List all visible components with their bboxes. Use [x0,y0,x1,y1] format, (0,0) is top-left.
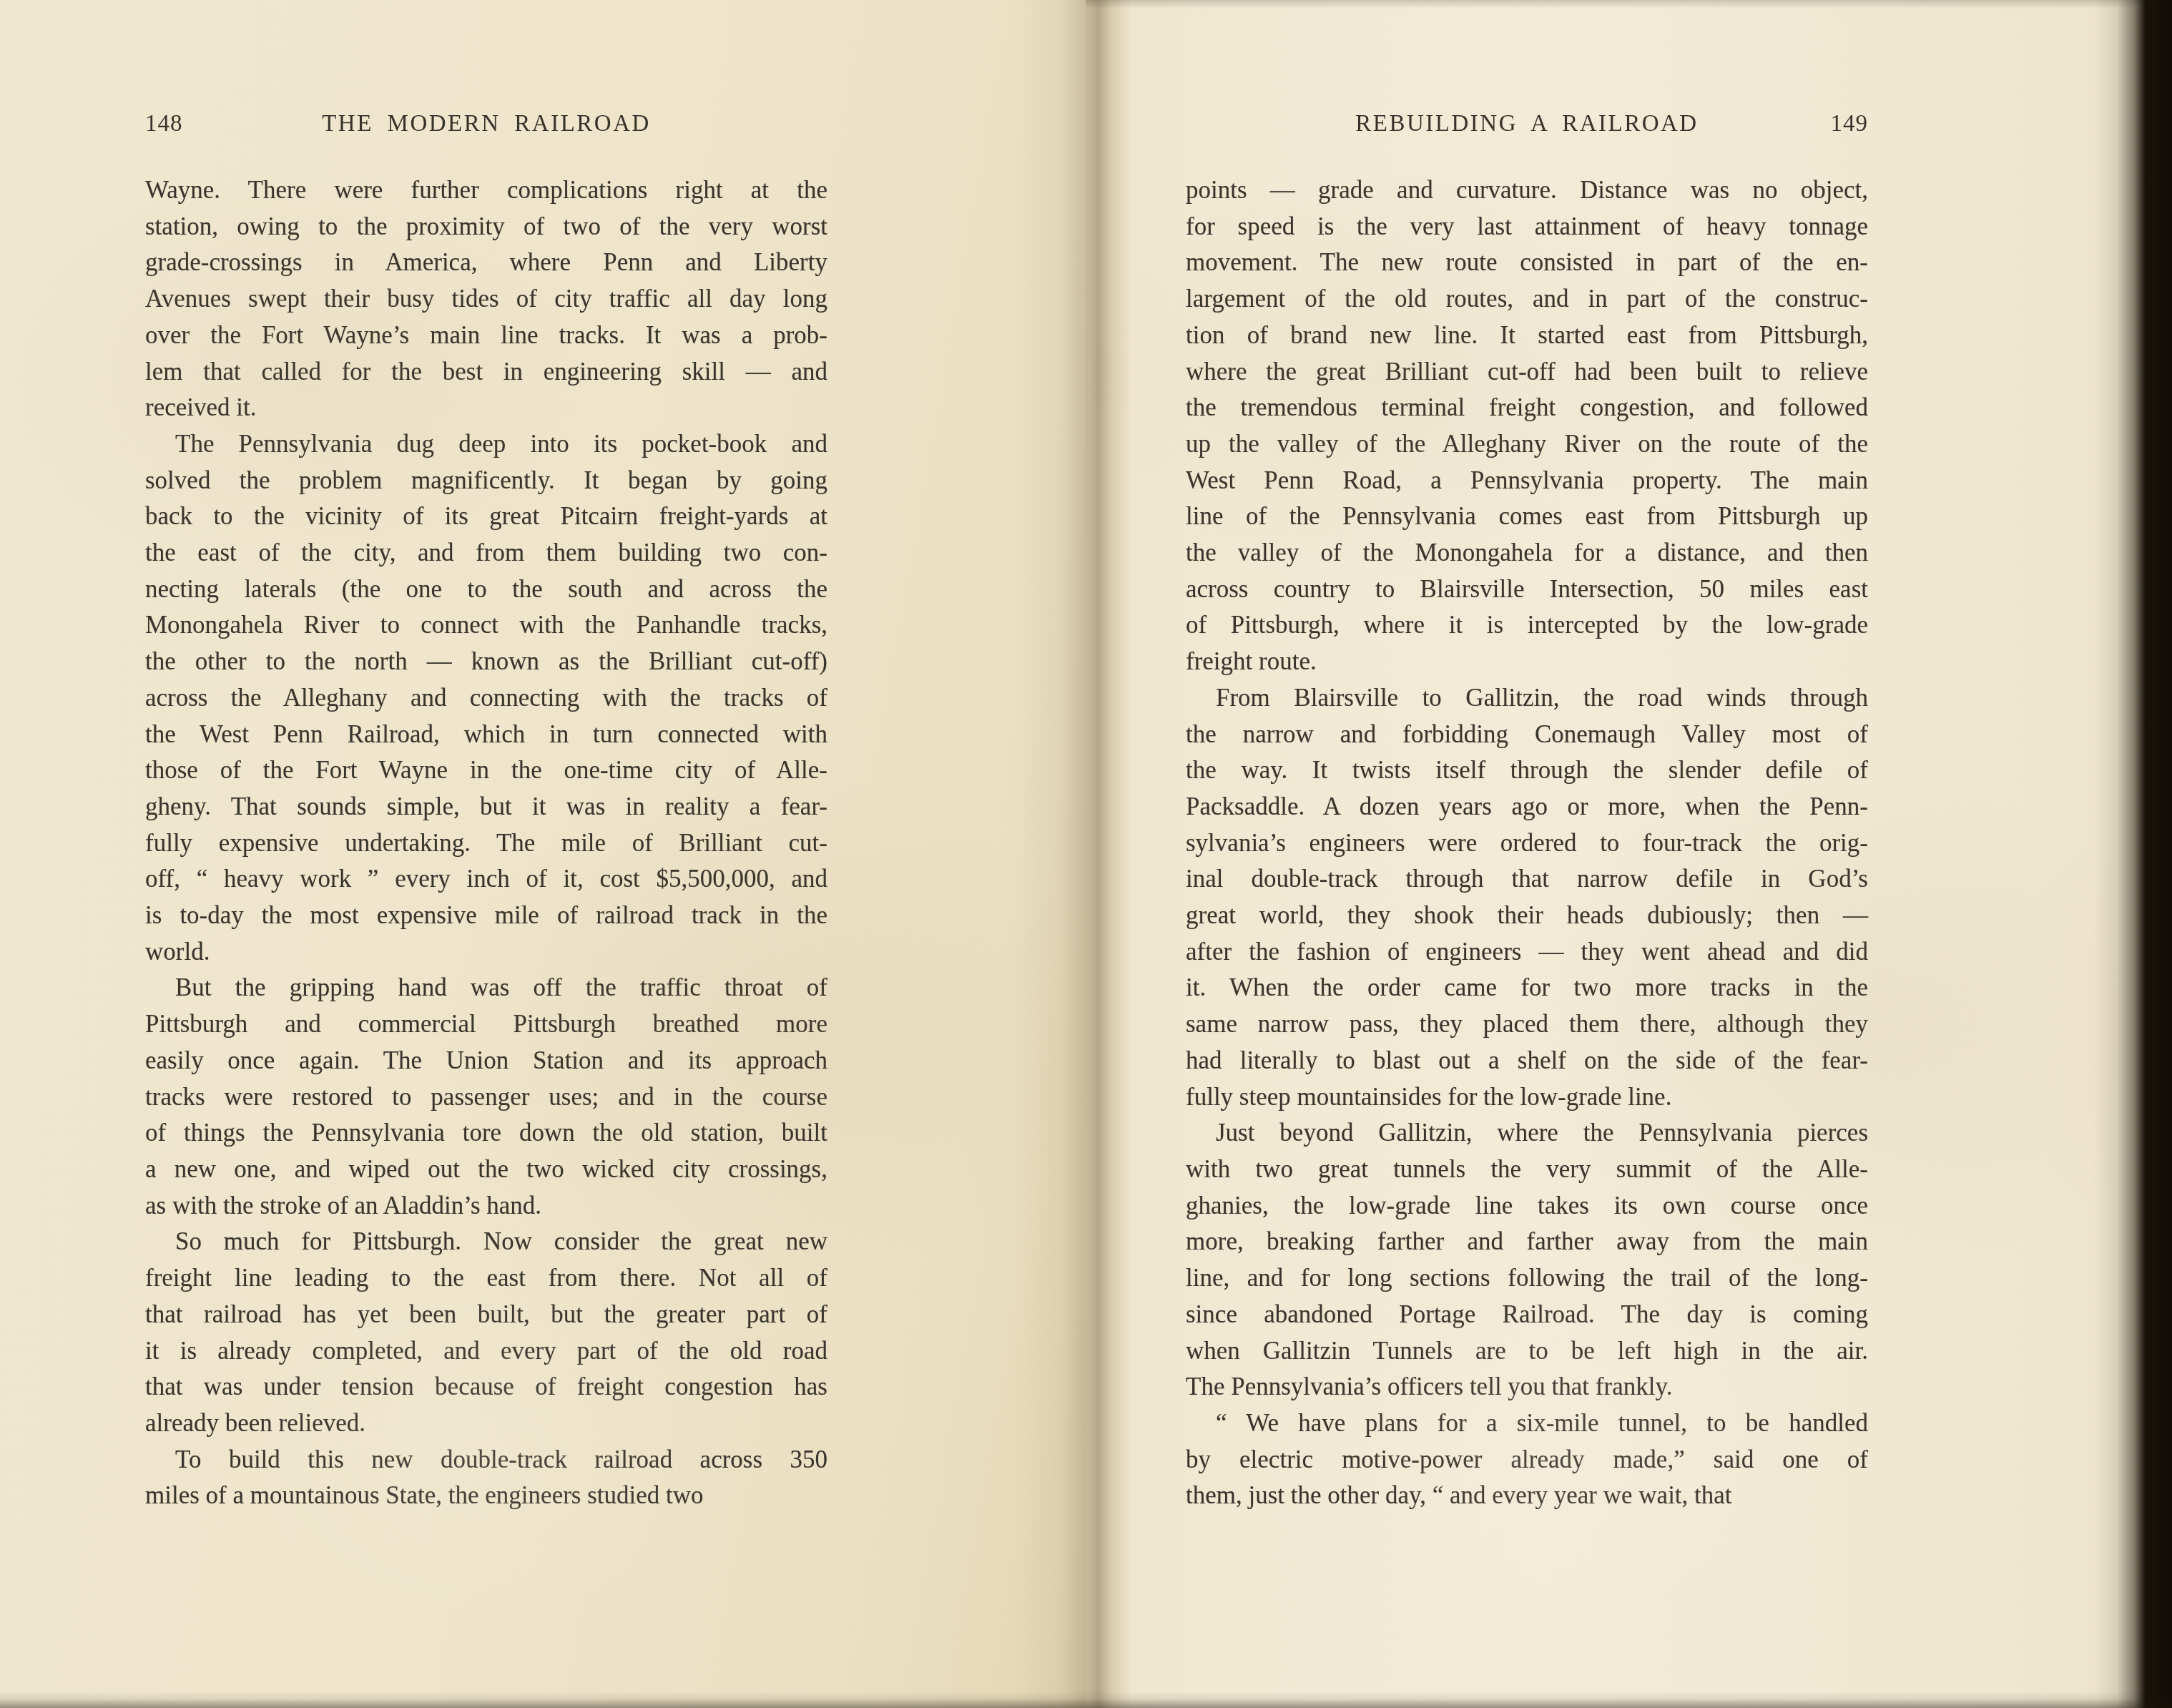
text-line: over the Fort Wayne’s main line tracks. … [145,318,827,354]
text-line: The Pennsylvania dug deep into its pocke… [145,426,827,463]
text-line: world. [145,934,827,971]
text-line: largement of the old routes, and in part… [1186,281,1868,318]
text-line: is to-day the most expensive mile of rai… [145,898,827,934]
text-line: necting laterals (the one to the south a… [145,571,827,608]
paragraph: “ We have plans for a six-mile tunnel, t… [1186,1405,1868,1514]
text-line: across country to Blairsville Intersecti… [1186,571,1868,608]
text-line: line of the Pennsylvania comes east from… [1186,499,1868,535]
text-line: same narrow pass, they placed them there… [1186,1006,1868,1043]
text-line: fully steep mountainsides for the low-gr… [1186,1079,1868,1116]
text-line: Just beyond Gallitzin, where the Pennsyl… [1186,1115,1868,1152]
paragraph: Wayne. There were further complications … [145,172,827,426]
text-line: Wayne. There were further complications … [145,172,827,209]
text-line: freight line leading to the east from th… [145,1260,827,1297]
text-line: for speed is the very last attainment of… [1186,209,1868,245]
text-line: fully expensive undertaking. The mile of… [145,825,827,862]
paragraph: But the gripping hand was off the traffi… [145,970,827,1224]
text-line: ghanies, the low-grade line takes its ow… [1186,1188,1868,1224]
text-line: the narrow and forbidding Conemaugh Vall… [1186,717,1868,753]
text-line: gheny. That sounds simple, but it was in… [145,789,827,825]
left-page-text: Wayne. There were further complications … [145,172,827,1514]
text-line: up the valley of the Alleghany River on … [1186,426,1868,463]
text-line: lem that called for the best in engineer… [145,354,827,391]
text-line: Avenues swept their busy tides of city t… [145,281,827,318]
left-page: 148 THE MODERN RAILROAD Wayne. There wer… [0,0,1086,1708]
text-line: But the gripping hand was off the traffi… [145,970,827,1006]
text-line: the east of the city, and from them buil… [145,535,827,571]
text-line: by electric motive-power already made,” … [1186,1442,1868,1478]
text-line: of Pittsburgh, where it is intercepted b… [1186,607,1868,644]
text-line: of things the Pennsylvania tore down the… [145,1115,827,1152]
text-line: station, owing to the proximity of two o… [145,209,827,245]
text-line: miles of a mountainous State, the engine… [145,1478,827,1514]
text-line: had literally to blast out a shelf on th… [1186,1043,1868,1079]
text-line: great world, they shook their heads dubi… [1186,898,1868,934]
text-line: received it. [145,390,827,426]
text-line: solved the problem magnificently. It beg… [145,463,827,499]
text-line: tion of brand new line. It started east … [1186,318,1868,354]
paragraph: points — grade and curvature. Distance w… [1186,172,1868,680]
running-head-left: THE MODERN RAILROAD [145,107,827,140]
text-line: Monongahela River to connect with the Pa… [145,607,827,644]
text-line: inal double-track through that narrow de… [1186,861,1868,898]
text-line: when Gallitzin Tunnels are to be left hi… [1186,1333,1868,1370]
right-page: REBUILDING A RAILROAD 149 points — grade… [1086,0,2172,1708]
text-line: after the fashion of engineers — they we… [1186,934,1868,971]
text-line: back to the vicinity of its great Pitcai… [145,499,827,535]
book-scan: 148 THE MODERN RAILROAD Wayne. There wer… [0,0,2172,1708]
paragraph: To build this new double-track railroad … [145,1442,827,1514]
text-line: it. When the order came for two more tra… [1186,970,1868,1006]
text-line: the valley of the Monongahela for a dist… [1186,535,1868,571]
text-line: tracks were restored to passenger uses; … [145,1079,827,1116]
text-line: the West Penn Railroad, which in turn co… [145,717,827,753]
left-page-header: 148 THE MODERN RAILROAD [145,107,827,140]
text-line: line, and for long sections following th… [1186,1260,1868,1297]
text-line: off, “ heavy work ” every inch of it, co… [145,861,827,898]
paragraph: From Blairsville to Gallitzin, the road … [1186,680,1868,1115]
text-line: the tremendous terminal freight congesti… [1186,390,1868,426]
text-line: across the Alleghany and connecting with… [145,680,827,717]
text-line: “ We have plans for a six-mile tunnel, t… [1186,1405,1868,1442]
text-line: West Penn Road, a Pennsylvania property.… [1186,463,1868,499]
paragraph: So much for Pittsburgh. Now consider the… [145,1224,827,1441]
text-line: more, breaking farther and farther away … [1186,1224,1868,1260]
text-line: Pittsburgh and commercial Pittsburgh bre… [145,1006,827,1043]
running-head-right: REBUILDING A RAILROAD [1186,107,1868,140]
text-line: already been relieved. [145,1405,827,1442]
text-line: movement. The new route consisted in par… [1186,245,1868,281]
right-page-header: REBUILDING A RAILROAD 149 [1186,107,1868,140]
right-page-text: points — grade and curvature. Distance w… [1186,172,1868,1514]
text-line: them, just the other day, “ and every ye… [1186,1478,1868,1514]
text-line: freight route. [1186,644,1868,680]
text-line: To build this new double-track railroad … [145,1442,827,1478]
text-line: Packsaddle. A dozen years ago or more, w… [1186,789,1868,825]
text-line: the way. It twists itself through the sl… [1186,752,1868,789]
text-line: as with the stroke of an Aladdin’s hand. [145,1188,827,1224]
text-line: easily once again. The Union Station and… [145,1043,827,1079]
text-line: The Pennsylvania’s officers tell you tha… [1186,1369,1868,1405]
text-line: the other to the north — known as the Br… [145,644,827,680]
paragraph: The Pennsylvania dug deep into its pocke… [145,426,827,971]
text-line: grade-crossings in America, where Penn a… [145,245,827,281]
text-line: So much for Pittsburgh. Now consider the… [145,1224,827,1260]
text-line: where the great Brilliant cut-off had be… [1186,354,1868,391]
text-line: those of the Fort Wayne in the one-time … [145,752,827,789]
text-line: From Blairsville to Gallitzin, the road … [1186,680,1868,717]
paragraph: Just beyond Gallitzin, where the Pennsyl… [1186,1115,1868,1405]
text-line: a new one, and wiped out the two wicked … [145,1152,827,1188]
text-line: with two great tunnels the very summit o… [1186,1152,1868,1188]
text-line: sylvania’s engineers were ordered to fou… [1186,825,1868,862]
text-line: points — grade and curvature. Distance w… [1186,172,1868,209]
text-line: that was under tension because of freigh… [145,1369,827,1405]
text-line: it is already completed, and every part … [145,1333,827,1370]
page-number-right: 149 [1831,107,1869,140]
text-line: since abandoned Portage Railroad. The da… [1186,1297,1868,1333]
text-line: that railroad has yet been built, but th… [145,1297,827,1333]
